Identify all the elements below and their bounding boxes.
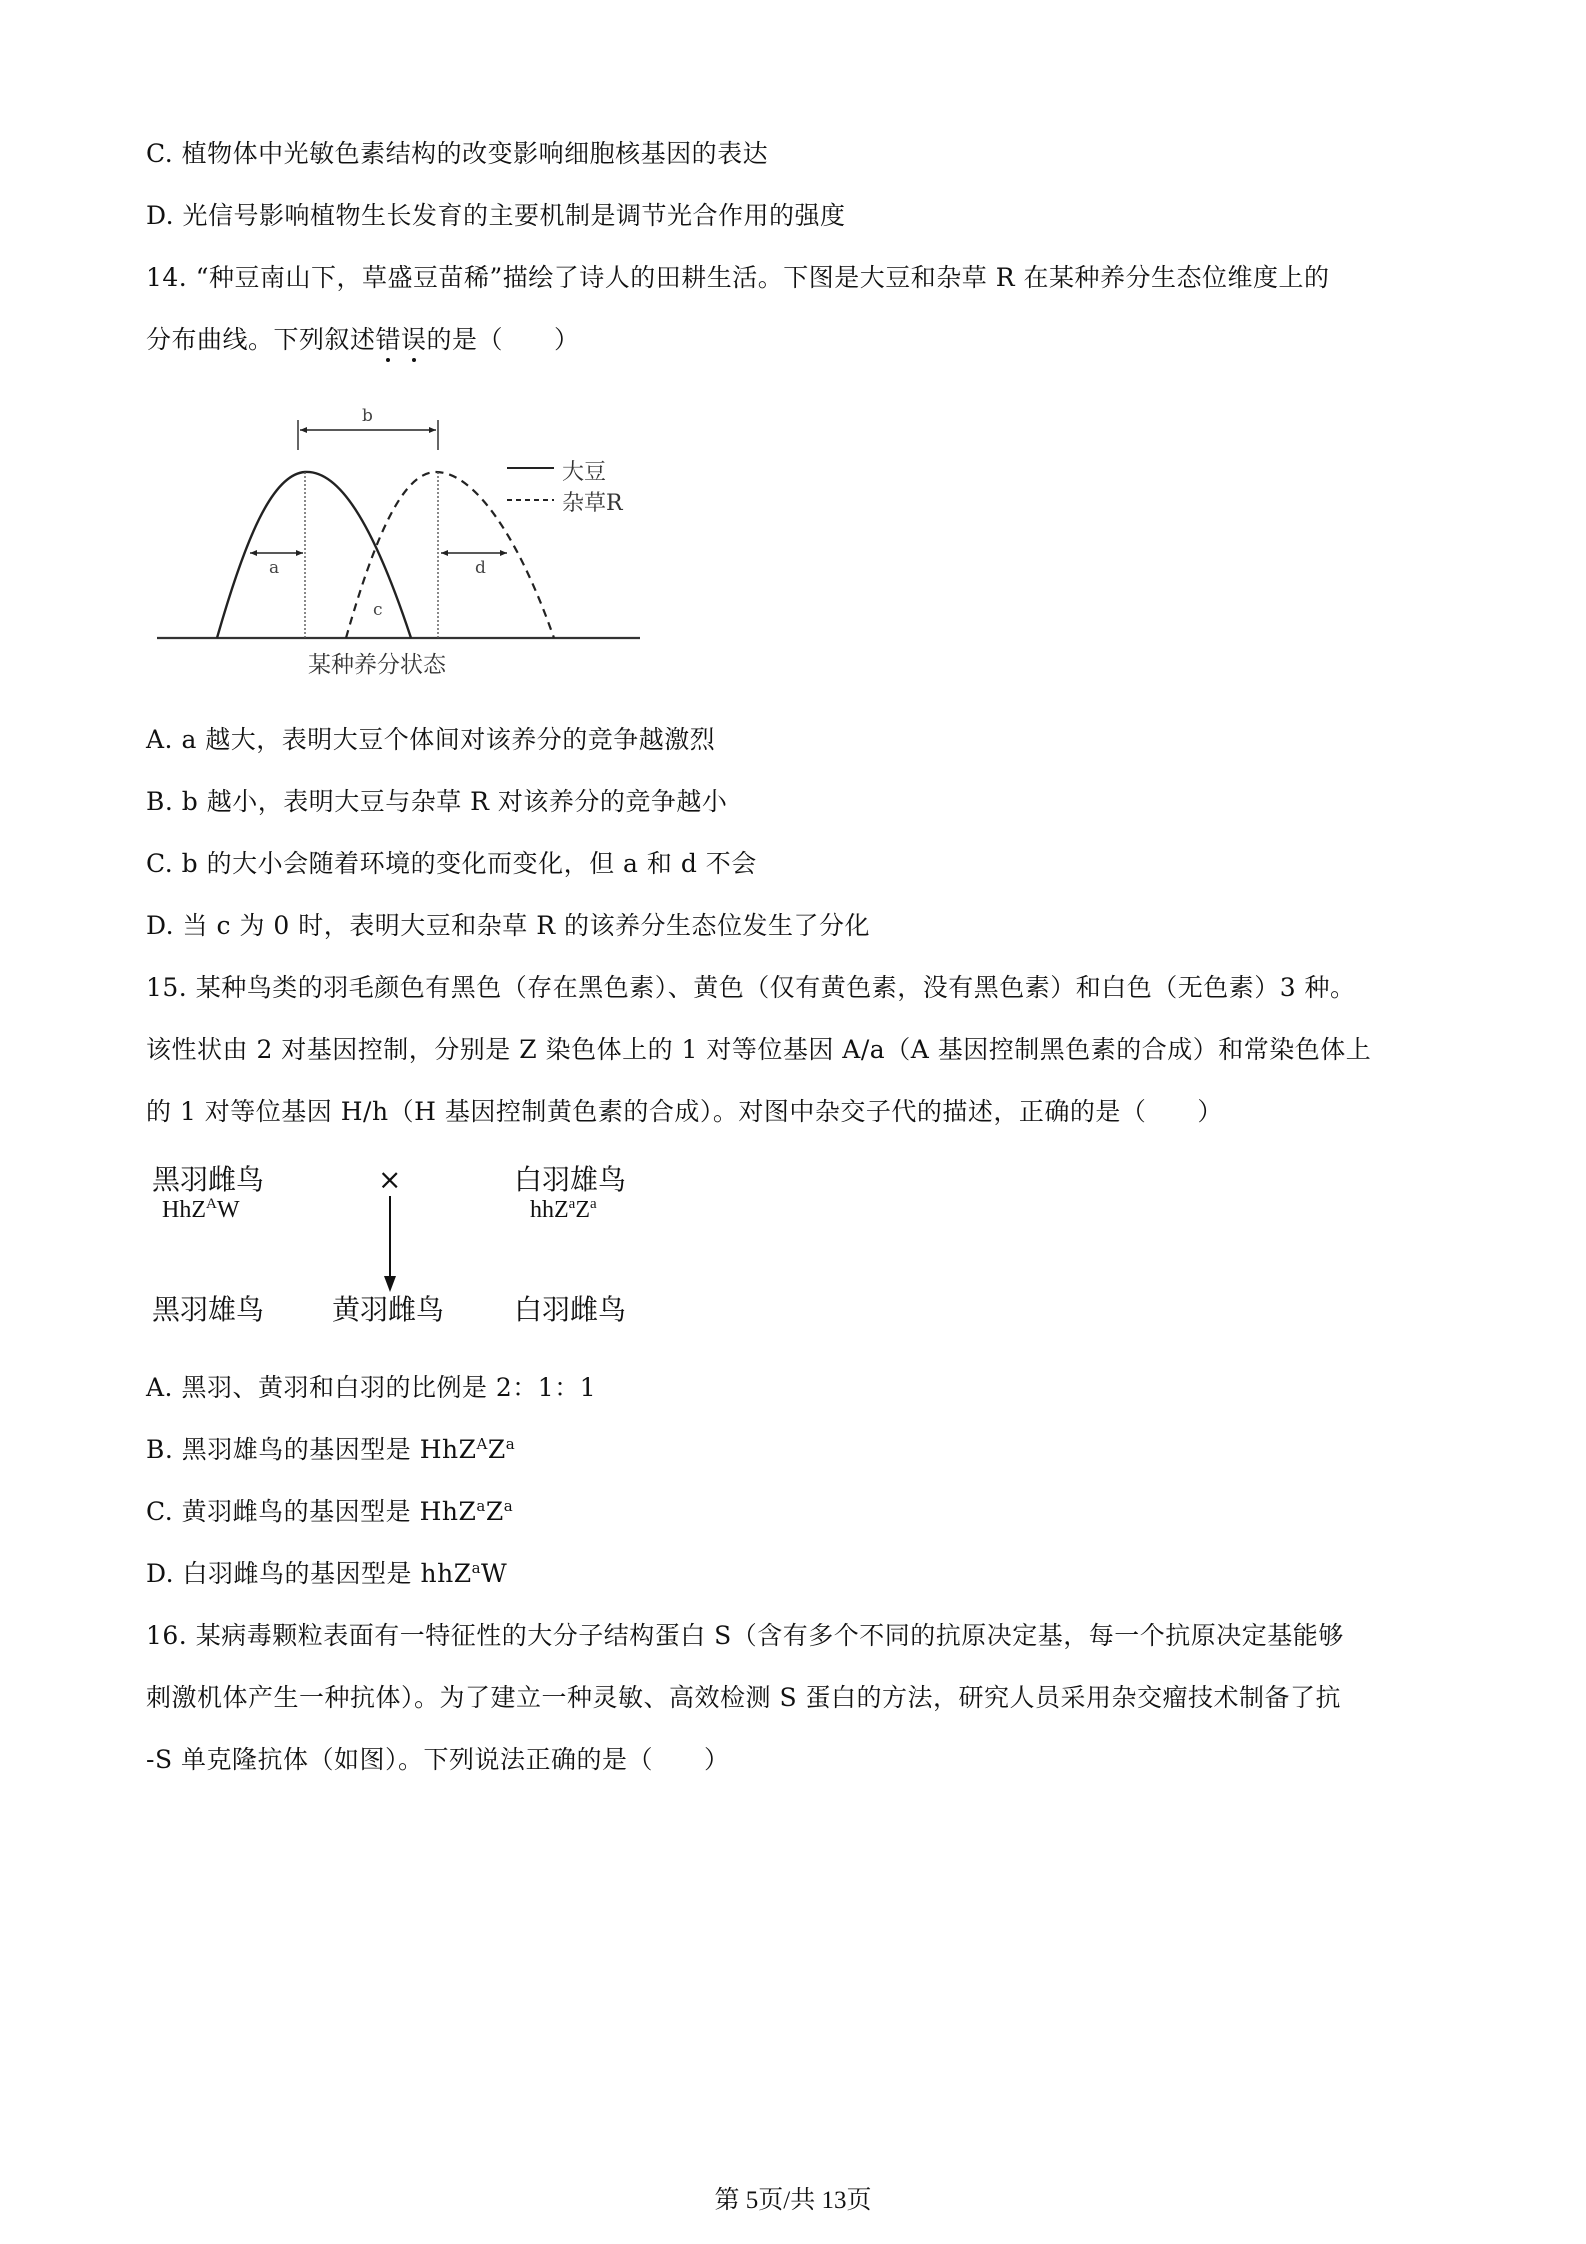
q14-option-c: C. b 的大小会随着环境的变化而变化，但 a 和 d 不会 — [146, 847, 757, 881]
page-number: 第 5页/共 13页 — [0, 2185, 1586, 2217]
q15-stem-line1: 15. 某种鸟类的羽毛颜色有黑色（存在黑色素）、黄色（仅有黄色素，没有黑色素）和… — [146, 971, 1356, 1005]
q16-stem-line1: 16. 某病毒颗粒表面有一特征性的大分子结构蛋白 S（含有多个不同的抗原决定基，… — [146, 1619, 1344, 1653]
q14-option-a: A. a 越大，表明大豆个体间对该养分的竞争越激烈 — [146, 723, 715, 757]
legend-soybean: 大豆 — [562, 455, 606, 486]
q15-stem-line2: 该性状由 2 对基因控制，分别是 Z 染色体上的 1 对等位基因 A/a（A 基… — [146, 1033, 1371, 1067]
q16-stem-line2: 刺激机体产生一种抗体）。为了建立一种灵敏、高效检测 S 蛋白的方法，研究人员采用… — [146, 1681, 1341, 1715]
q14-stem-line2: 分布曲线。下列叙述错误的是（ ） — [146, 323, 580, 357]
legend-weed: 杂草R — [562, 486, 623, 517]
q14-stem-pre: 分布曲线。下列叙述 — [146, 325, 376, 354]
q15-stem-line3: 的 1 对等位基因 H/h（H 基因控制黄色素的合成）。对图中杂交子代的描述，正… — [146, 1095, 1223, 1129]
q14-stem-post: 的是（ ） — [427, 325, 580, 354]
q15-option-c: C. 黄羽雌鸟的基因型是 HhZaZa — [146, 1495, 513, 1529]
q14-option-d: D. 当 c 为 0 时，表明大豆和杂草 R 的该养分生态位发生了分化 — [146, 909, 870, 943]
q13-option-d: D. 光信号影响植物生长发育的主要机制是调节光合作用的强度 — [146, 199, 846, 233]
q16-stem-line3: -S 单克隆抗体（如图）。下列说法正确的是（ ） — [146, 1743, 730, 1777]
q15-option-b: B. 黑羽雄鸟的基因型是 HhZAZa — [146, 1433, 515, 1467]
q15-cross-diagram: 黑羽雌鸟 HhZAW × 白羽雄鸟 hhZaZa 黑羽雄鸟 黄羽雌鸟 白羽雌鸟 — [140, 1150, 680, 1350]
label-d: d — [475, 558, 486, 578]
x-axis-label: 某种养分状态 — [308, 646, 446, 679]
q15-option-d: D. 白羽雌鸟的基因型是 hhZaW — [146, 1557, 507, 1591]
arrow-head-icon — [384, 1276, 396, 1292]
label-b: b — [362, 406, 373, 426]
offspring-yellow-female: 黄羽雌鸟 — [332, 1294, 444, 1326]
q13-option-c: C. 植物体中光敏色素结构的改变影响细胞核基因的表达 — [146, 137, 768, 171]
q14-option-b: B. b 越小，表明大豆与杂草 R 对该养分的竞争越小 — [146, 785, 727, 819]
q15-option-a: A. 黑羽、黄羽和白羽的比例是 2：1：1 — [146, 1371, 596, 1405]
q14-emphasis-char-2: 误 — [401, 325, 427, 354]
offspring-black-male: 黑羽雄鸟 — [152, 1294, 264, 1326]
q14-stem-line1: 14. “种豆南山下，草盛豆苗稀”描绘了诗人的田耕生活。下图是大豆和杂草 R 在… — [146, 261, 1330, 295]
q14-niche-diagram: b a c d 大豆 杂草R 某种养分状态 — [140, 400, 660, 690]
label-a: a — [269, 558, 279, 578]
q14-emphasis-char-1: 错 — [376, 325, 402, 354]
label-c: c — [373, 600, 383, 620]
offspring-white-female: 白羽雌鸟 — [514, 1294, 626, 1326]
